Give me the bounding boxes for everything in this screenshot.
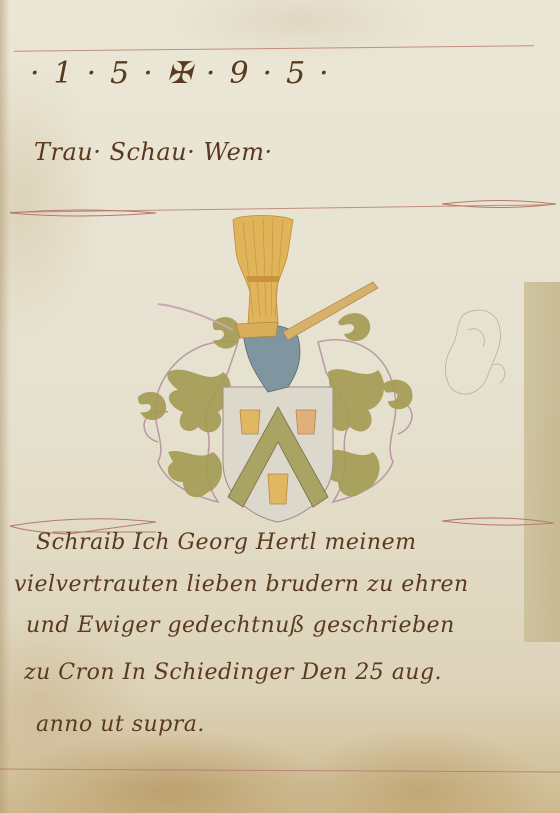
motto: Trau· Schau· Wem· (34, 138, 273, 166)
paper-edge-shadow (0, 0, 10, 813)
inscription-line-4: zu Cron In Schiedinger Den 25 aug. (24, 660, 442, 685)
inscription-line-3: und Ewiger gedechtnuß geschrieben (26, 613, 455, 638)
wheat-sheaf-crest-icon (233, 216, 293, 339)
manuscript-page: ·1·5·✠·9·5· Trau· Schau· Wem· (0, 0, 560, 813)
inscription-line-2: vielvertrauten lieben brudern zu ehren (14, 572, 469, 597)
bottom-ruling-line (0, 769, 560, 773)
date-line: ·1·5·✠·9·5· (30, 56, 343, 91)
paper-repair-strip (524, 282, 560, 642)
inscription-line-5: anno ut supra. (36, 712, 205, 737)
coat-of-arms (128, 212, 428, 532)
inscription-line-1: Schraib Ich Georg Hertl meinem (36, 530, 416, 555)
right-header-cartouche (440, 196, 558, 212)
pencil-sketch (438, 305, 518, 415)
top-ruling-line (14, 45, 534, 51)
right-text-cartouche (438, 512, 558, 530)
